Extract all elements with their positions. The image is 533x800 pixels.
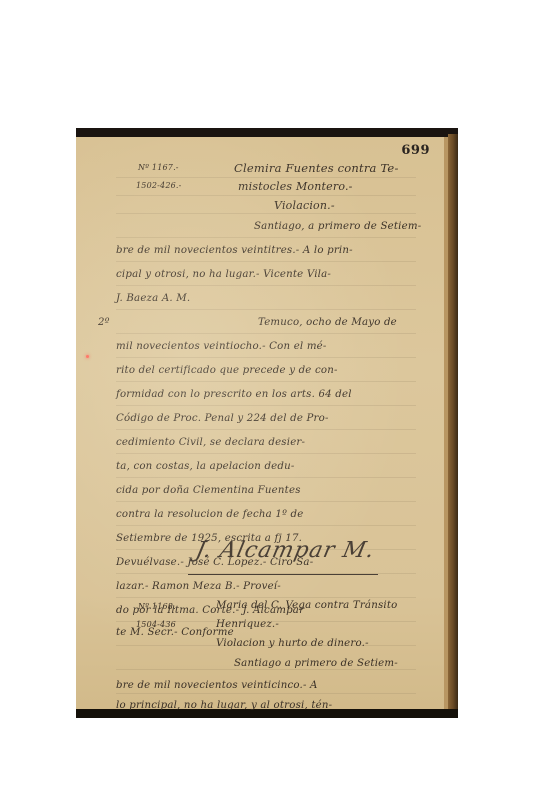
ruled-line: [116, 213, 416, 214]
body-line: lazar.- Ramon Meza B.- Proveí-: [116, 581, 281, 592]
body-line: Santiago, a primero de Setiem-: [254, 221, 421, 232]
body-line: formidad con lo prescrito en los arts. 6…: [116, 389, 352, 400]
body-line: Devuélvase.- José C. Lopez.- Ciro Sa-: [116, 557, 313, 568]
body-line: contra la resolucion de fecha 1º de: [116, 509, 303, 520]
ruled-line: [116, 333, 416, 334]
body-line: Setiembre de 1925, escrita a fj 17.: [116, 533, 302, 544]
ruled-line: [116, 597, 416, 598]
ruled-line: [116, 429, 416, 430]
page-number: 699: [401, 143, 430, 158]
ruled-line: [116, 177, 416, 178]
body-line: rito del certificado que precede y de co…: [116, 365, 338, 376]
ruled-line: [116, 453, 416, 454]
case-title-line: mistocles Montero.-: [238, 180, 353, 193]
book-spine: [448, 134, 458, 712]
ruled-line: [116, 195, 416, 196]
ruled-line: [116, 237, 416, 238]
ledger-page: 699 Nº 1167.- 1502-426.- Clemira Fuentes…: [76, 137, 448, 709]
ruled-line: [116, 501, 416, 502]
ruled-line: [116, 381, 416, 382]
body-line: te M. Secr.- Conforme: [116, 627, 234, 638]
ledger-photo: 699 Nº 1167.- 1502-426.- Clemira Fuentes…: [76, 128, 458, 718]
body-line: Código de Proc. Penal y 224 del de Pro-: [116, 413, 329, 424]
ruled-line: [116, 261, 416, 262]
ruled-line: [116, 525, 416, 526]
photo-border-bottom: [76, 709, 458, 718]
body-line: mil novecientos veintiocho.- Con el mé-: [116, 341, 327, 352]
ruled-line: [116, 285, 416, 286]
body-line: do por la Iltma. Corte.- J. Alcampar: [116, 605, 304, 616]
body-line: cipal y otrosi, no ha lugar.- Vicente Vi…: [116, 269, 331, 280]
body-line: J. Baeza A. M.: [116, 293, 190, 304]
case-reference: 1502-426.-: [136, 181, 182, 190]
body-line: cida por doña Clementina Fuentes: [116, 485, 301, 496]
ruled-line: [116, 405, 416, 406]
entry-marker: 2º: [98, 317, 110, 328]
case-subject: Violacion.-: [274, 199, 335, 212]
record-number: Nº 1167.-: [138, 163, 179, 172]
ruled-line: [116, 573, 416, 574]
body-line: Temuco, ocho de Mayo de: [258, 317, 397, 328]
ruled-line: [116, 477, 416, 478]
ruled-line: [116, 549, 416, 550]
ruled-line: [116, 693, 416, 694]
body-line: ta, con costas, la apelacion dedu-: [116, 461, 295, 472]
ruled-line: [116, 669, 416, 670]
ruled-line: [116, 357, 416, 358]
body-line: bre de mil novecientos veintitres.- A lo…: [116, 245, 353, 256]
light-reflection: [86, 355, 89, 358]
body-line: cedimiento Civil, se declara desier-: [116, 437, 305, 448]
case-title-line: Clemira Fuentes contra Te-: [234, 161, 399, 175]
ruled-line: [116, 309, 416, 310]
ruled-line: [116, 645, 416, 646]
ruled-line: [116, 621, 416, 622]
